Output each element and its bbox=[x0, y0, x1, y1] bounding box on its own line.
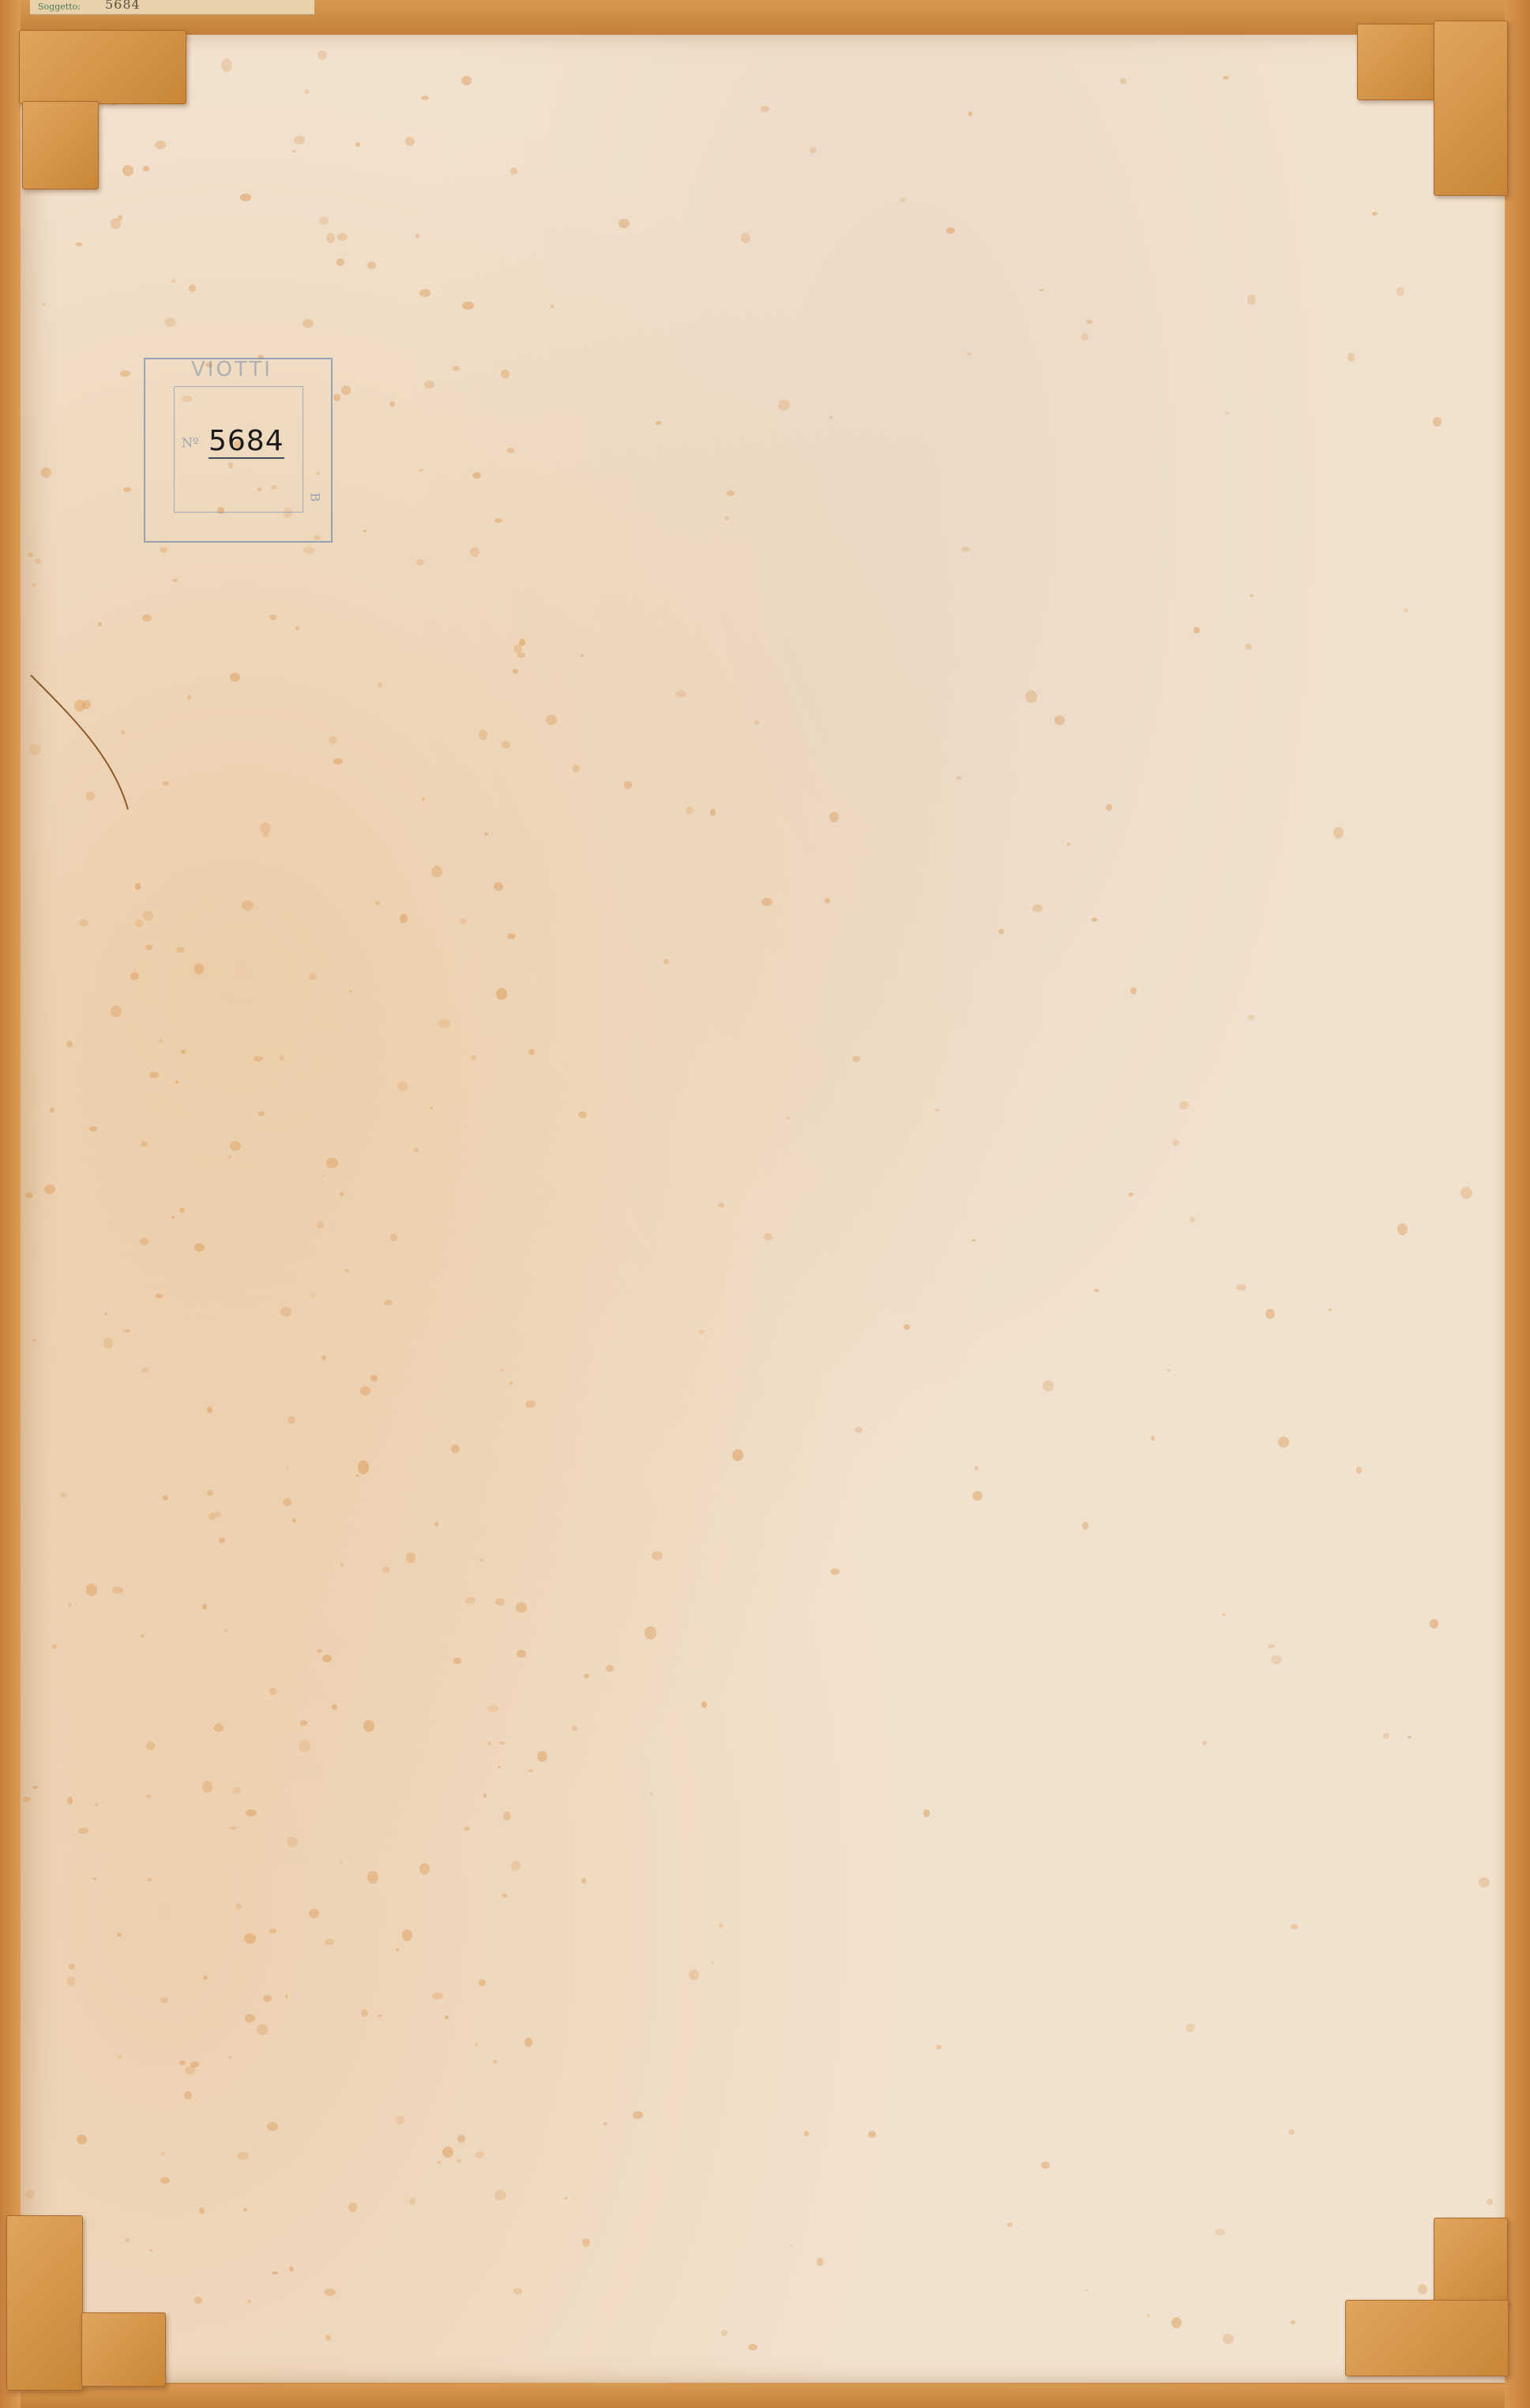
foxing-spot bbox=[149, 2249, 152, 2252]
foxing-spot bbox=[292, 150, 295, 152]
foxing-spot bbox=[652, 1551, 663, 1561]
corner-key-top-right-vertical bbox=[1434, 21, 1508, 196]
foxing-spot bbox=[214, 1723, 224, 1732]
foxing-spot bbox=[35, 558, 40, 564]
foxing-spot bbox=[272, 2271, 278, 2275]
foxing-spot bbox=[998, 929, 1004, 934]
foxing-spot bbox=[462, 302, 473, 310]
foxing-spot bbox=[1043, 1381, 1054, 1392]
foxing-spot bbox=[453, 1658, 461, 1663]
foxing-spot bbox=[254, 1056, 262, 1061]
stretcher-bar-right bbox=[1505, 0, 1530, 2408]
foxing-spot bbox=[325, 2289, 336, 2296]
foxing-spot bbox=[498, 1766, 500, 1768]
foxing-spot bbox=[1179, 1101, 1188, 1110]
foxing-spot bbox=[143, 166, 149, 171]
foxing-spot bbox=[581, 1878, 586, 1884]
foxing-spot bbox=[286, 1466, 288, 1468]
foxing-spot bbox=[479, 730, 487, 740]
stamp-number-prefix: Nº bbox=[182, 435, 199, 450]
foxing-spot bbox=[52, 1644, 57, 1648]
foxing-spot bbox=[140, 1238, 148, 1245]
foxing-spot bbox=[340, 1192, 344, 1196]
foxing-spot bbox=[502, 1894, 507, 1898]
foxing-spot bbox=[517, 652, 525, 657]
foxing-spot bbox=[181, 1050, 185, 1053]
foxing-spot bbox=[141, 1141, 147, 1147]
foxing-spot bbox=[1130, 987, 1137, 994]
foxing-spot bbox=[1383, 1733, 1389, 1739]
foxing-spot bbox=[1245, 644, 1252, 649]
foxing-spot bbox=[1408, 1736, 1412, 1738]
foxing-spot bbox=[246, 1809, 257, 1816]
foxing-spot bbox=[147, 1794, 150, 1798]
foxing-spot bbox=[525, 1400, 536, 1408]
foxing-spot bbox=[968, 111, 972, 116]
foxing-spot bbox=[86, 1583, 97, 1595]
foxing-spot bbox=[103, 1337, 114, 1348]
foxing-spot bbox=[221, 58, 233, 72]
foxing-spot bbox=[431, 866, 442, 877]
label-key: Soggetto: bbox=[38, 2, 81, 12]
foxing-spot bbox=[470, 547, 479, 557]
foxing-spot bbox=[146, 1741, 155, 1750]
foxing-spot bbox=[111, 1005, 122, 1018]
foxing-spot bbox=[830, 1568, 840, 1575]
stretcher-bar-left bbox=[0, 0, 21, 2408]
foxing-spot bbox=[236, 1903, 242, 1910]
foxing-spot bbox=[606, 1665, 614, 1672]
foxing-spot bbox=[581, 654, 584, 657]
foxing-spot bbox=[406, 1553, 415, 1563]
foxing-spot bbox=[120, 370, 130, 377]
foxing-spot bbox=[202, 1604, 208, 1610]
foxing-spot bbox=[1404, 608, 1408, 613]
foxing-spot bbox=[89, 1126, 97, 1132]
foxing-spot bbox=[160, 2177, 170, 2184]
foxing-spot bbox=[1086, 320, 1092, 325]
foxing-spot bbox=[156, 1294, 163, 1298]
foxing-spot bbox=[1236, 1284, 1246, 1290]
foxing-spot bbox=[280, 1055, 284, 1061]
foxing-spot bbox=[434, 1522, 438, 1527]
foxing-spot bbox=[650, 1793, 652, 1795]
foxing-spot bbox=[66, 1041, 72, 1047]
foxing-spot bbox=[1194, 627, 1200, 633]
foxing-spot bbox=[1247, 295, 1256, 304]
foxing-spot bbox=[496, 988, 507, 1000]
foxing-spot bbox=[445, 2015, 449, 2019]
foxing-spot bbox=[355, 142, 360, 147]
foxing-spot bbox=[1265, 1309, 1275, 1319]
foxing-spot bbox=[732, 1449, 743, 1461]
foxing-spot bbox=[537, 1751, 547, 1762]
foxing-spot bbox=[79, 919, 88, 927]
foxing-spot bbox=[1092, 918, 1097, 922]
foxing-spot bbox=[1186, 2023, 1195, 2032]
foxing-spot bbox=[299, 1740, 310, 1752]
foxing-spot bbox=[972, 1239, 976, 1242]
foxing-spot bbox=[1151, 1436, 1155, 1440]
foxing-spot bbox=[1288, 2129, 1295, 2136]
foxing-spot bbox=[317, 1649, 322, 1653]
foxing-spot bbox=[171, 279, 175, 282]
foxing-spot bbox=[32, 584, 36, 587]
foxing-spot bbox=[172, 579, 178, 582]
foxing-spot bbox=[69, 1603, 72, 1606]
foxing-spot bbox=[528, 1769, 532, 1772]
foxing-spot bbox=[1356, 1467, 1363, 1473]
foxing-spot bbox=[946, 227, 955, 234]
foxing-spot bbox=[321, 1175, 325, 1178]
foxing-spot bbox=[656, 421, 661, 425]
foxing-spot bbox=[402, 1929, 412, 1941]
foxing-spot bbox=[123, 487, 131, 492]
foxing-spot bbox=[326, 1158, 338, 1168]
foxing-spot bbox=[143, 911, 153, 921]
inventory-number: 5684 bbox=[209, 426, 284, 459]
corner-key-bottom-left-horizontal bbox=[81, 2312, 166, 2387]
foxing-spot bbox=[517, 1650, 526, 1658]
foxing-spot bbox=[244, 1933, 255, 1944]
foxing-spot bbox=[390, 1234, 397, 1242]
foxing-spot bbox=[25, 1193, 32, 1197]
foxing-spot bbox=[396, 2116, 404, 2124]
foxing-spot bbox=[104, 1313, 107, 1316]
stretcher-bar-bottom bbox=[0, 2384, 1530, 2408]
foxing-spot bbox=[69, 1963, 75, 1970]
foxing-spot bbox=[269, 1688, 276, 1696]
foxing-spot bbox=[457, 2135, 466, 2143]
foxing-spot bbox=[475, 2043, 477, 2046]
foxing-spot bbox=[283, 1498, 291, 1506]
foxing-spot bbox=[461, 76, 472, 85]
foxing-spot bbox=[719, 1923, 723, 1928]
foxing-spot bbox=[202, 1781, 212, 1793]
foxing-spot bbox=[1460, 1187, 1472, 1199]
foxing-spot bbox=[329, 736, 337, 744]
foxing-spot bbox=[479, 1558, 483, 1562]
foxing-spot bbox=[333, 758, 343, 764]
foxing-spot bbox=[1007, 2222, 1013, 2227]
corner-key-top-left-vertical bbox=[22, 101, 99, 190]
foxing-spot bbox=[507, 934, 516, 939]
foxing-spot bbox=[502, 741, 509, 749]
foxing-spot bbox=[519, 639, 525, 646]
foxing-spot bbox=[375, 901, 380, 905]
foxing-spot bbox=[499, 1741, 505, 1745]
foxing-spot bbox=[199, 2207, 205, 2214]
foxing-spot bbox=[1025, 690, 1037, 702]
foxing-spot bbox=[966, 352, 972, 355]
foxing-spot bbox=[422, 798, 426, 801]
foxing-spot bbox=[603, 2122, 607, 2125]
foxing-spot bbox=[319, 216, 329, 225]
foxing-spot bbox=[130, 972, 138, 980]
foxing-spot bbox=[817, 2258, 824, 2265]
foxing-spot bbox=[565, 2197, 567, 2200]
foxing-spot bbox=[303, 319, 314, 328]
foxing-spot bbox=[243, 2208, 247, 2212]
foxing-spot bbox=[176, 947, 185, 952]
foxing-spot bbox=[451, 1444, 461, 1453]
foxing-spot bbox=[1041, 2162, 1049, 2169]
foxing-spot bbox=[1167, 1369, 1171, 1372]
foxing-spot bbox=[1054, 716, 1065, 725]
foxing-spot bbox=[465, 1597, 476, 1604]
foxing-spot bbox=[868, 2131, 876, 2138]
foxing-spot bbox=[754, 720, 759, 725]
foxing-spot bbox=[317, 1221, 324, 1229]
foxing-spot bbox=[1329, 1309, 1332, 1311]
foxing-spot bbox=[340, 1563, 344, 1567]
foxing-spot bbox=[295, 626, 299, 630]
foxing-spot bbox=[304, 89, 310, 94]
foxing-spot bbox=[1278, 1437, 1289, 1448]
foxing-spot bbox=[133, 969, 136, 971]
foxing-spot bbox=[432, 1993, 443, 1999]
foxing-spot bbox=[500, 1369, 504, 1372]
foxing-spot bbox=[179, 2061, 186, 2065]
foxing-spot bbox=[494, 882, 503, 891]
foxing-spot bbox=[936, 2045, 942, 2049]
foxing-spot bbox=[285, 1995, 288, 1998]
foxing-spot bbox=[721, 2330, 727, 2335]
foxing-spot bbox=[269, 1929, 276, 1934]
foxing-spot bbox=[923, 1809, 930, 1817]
foxing-spot bbox=[263, 1995, 272, 2003]
foxing-spot bbox=[786, 1117, 790, 1119]
foxing-spot bbox=[1223, 76, 1229, 80]
foxing-spot bbox=[257, 2024, 268, 2035]
foxing-spot bbox=[184, 2091, 191, 2099]
foxing-spot bbox=[1397, 287, 1405, 296]
foxing-spot bbox=[701, 1701, 708, 1708]
foxing-spot bbox=[686, 806, 694, 814]
foxing-spot bbox=[675, 690, 686, 697]
foxing-spot bbox=[155, 141, 166, 149]
foxing-spot bbox=[528, 1049, 535, 1055]
foxing-spot bbox=[50, 1107, 55, 1113]
foxing-spot bbox=[117, 1933, 121, 1937]
foxing-spot bbox=[245, 2014, 255, 2023]
foxing-spot bbox=[160, 1997, 168, 2004]
foxing-spot bbox=[361, 2009, 368, 2017]
foxing-spot bbox=[494, 2190, 506, 2200]
foxing-spot bbox=[126, 2238, 130, 2242]
collection-stamp: VIOTTI Nº 5684 B bbox=[144, 358, 333, 543]
corner-key-bottom-left-vertical bbox=[6, 2215, 83, 2391]
foxing-spot bbox=[363, 530, 367, 532]
foxing-spot bbox=[487, 1705, 498, 1712]
foxing-spot bbox=[1372, 212, 1378, 216]
foxing-spot bbox=[1081, 333, 1089, 340]
foxing-spot bbox=[190, 2061, 199, 2068]
foxing-spot bbox=[288, 1416, 296, 1424]
foxing-spot bbox=[112, 1587, 123, 1595]
foxing-spot bbox=[269, 614, 276, 620]
foxing-spot bbox=[1215, 2229, 1225, 2236]
foxing-spot bbox=[363, 1720, 374, 1732]
foxing-spot bbox=[228, 2056, 231, 2059]
foxing-spot bbox=[483, 1794, 487, 1798]
foxing-spot bbox=[194, 1243, 205, 1252]
foxing-spot bbox=[280, 1307, 291, 1317]
foxing-spot bbox=[748, 2344, 757, 2350]
foxing-spot bbox=[311, 1294, 315, 1298]
foxing-spot bbox=[507, 448, 514, 454]
foxing-spot bbox=[1418, 2284, 1427, 2294]
foxing-spot bbox=[472, 472, 481, 479]
foxing-spot bbox=[804, 2131, 809, 2136]
foxing-spot bbox=[355, 1474, 359, 1477]
foxing-spot bbox=[957, 776, 961, 780]
foxing-spot bbox=[1128, 1193, 1133, 1196]
foxing-spot bbox=[724, 516, 729, 521]
foxing-spot bbox=[457, 2159, 462, 2162]
foxing-spot bbox=[829, 812, 839, 822]
foxing-spot bbox=[551, 305, 554, 309]
foxing-spot bbox=[1039, 289, 1043, 292]
foxing-spot bbox=[778, 400, 790, 411]
foxing-spot bbox=[1223, 2334, 1235, 2344]
foxing-spot bbox=[409, 2198, 415, 2205]
foxing-spot bbox=[333, 394, 341, 401]
foxing-spot bbox=[711, 1962, 713, 1964]
foxing-spot bbox=[158, 1039, 163, 1043]
foxing-spot bbox=[336, 258, 344, 266]
foxing-spot bbox=[41, 468, 51, 479]
foxing-spot bbox=[405, 137, 415, 146]
foxing-spot bbox=[513, 669, 518, 673]
loose-thread bbox=[27, 671, 130, 813]
foxing-spot bbox=[300, 1720, 307, 1726]
foxing-spot bbox=[397, 1081, 408, 1091]
foxing-spot bbox=[1082, 1522, 1088, 1530]
foxing-spot bbox=[22, 1797, 31, 1802]
foxing-spot bbox=[424, 381, 435, 389]
foxing-spot bbox=[475, 2151, 484, 2158]
foxing-spot bbox=[207, 1490, 213, 1496]
foxing-spot bbox=[1271, 1655, 1283, 1664]
foxing-spot bbox=[855, 1427, 863, 1433]
foxing-spot bbox=[511, 1861, 521, 1872]
foxing-spot bbox=[358, 1460, 369, 1474]
foxing-spot bbox=[230, 1826, 237, 1831]
foxing-spot bbox=[164, 317, 176, 326]
foxing-spot bbox=[67, 1797, 73, 1804]
foxing-spot bbox=[44, 1185, 55, 1194]
foxing-spot bbox=[348, 2203, 357, 2211]
foxing-spot bbox=[122, 165, 133, 176]
foxing-spot bbox=[349, 990, 352, 993]
foxing-spot bbox=[67, 1977, 75, 1985]
foxing-spot bbox=[1268, 1644, 1274, 1648]
corner-key-bottom-right-vertical bbox=[1434, 2218, 1508, 2306]
foxing-spot bbox=[1291, 2320, 1295, 2324]
foxing-spot bbox=[689, 1970, 699, 1980]
foxing-spot bbox=[741, 233, 750, 243]
foxing-spot bbox=[118, 215, 122, 220]
foxing-spot bbox=[60, 1493, 68, 1499]
foxing-spot bbox=[294, 136, 305, 144]
foxing-spot bbox=[258, 1111, 265, 1117]
foxing-spot bbox=[546, 715, 556, 725]
foxing-spot bbox=[203, 1975, 208, 1980]
foxing-spot bbox=[42, 303, 45, 306]
foxing-spot bbox=[187, 695, 191, 700]
foxing-spot bbox=[214, 1512, 220, 1516]
foxing-spot bbox=[829, 416, 833, 419]
foxing-spot bbox=[698, 1330, 705, 1334]
foxing-spot bbox=[572, 1726, 577, 1731]
foxing-spot bbox=[438, 2161, 441, 2164]
foxing-spot bbox=[1250, 594, 1253, 597]
foxing-spot bbox=[145, 945, 152, 950]
foxing-spot bbox=[664, 959, 669, 964]
foxing-spot bbox=[189, 284, 196, 292]
foxing-spot bbox=[230, 673, 240, 681]
foxing-spot bbox=[1202, 1741, 1207, 1745]
foxing-spot bbox=[761, 898, 773, 906]
foxing-spot bbox=[524, 2038, 532, 2047]
foxing-spot bbox=[367, 1871, 378, 1884]
foxing-spot bbox=[345, 1269, 348, 1272]
foxing-spot bbox=[149, 1072, 159, 1078]
foxing-spot bbox=[1067, 843, 1070, 845]
foxing-spot bbox=[438, 1019, 449, 1028]
foxing-spot bbox=[430, 1106, 434, 1110]
foxing-spot bbox=[384, 1300, 393, 1305]
foxing-spot bbox=[267, 2122, 278, 2130]
foxing-spot bbox=[163, 781, 169, 786]
foxing-spot bbox=[77, 2135, 87, 2144]
corner-key-top-right-horizontal bbox=[1357, 24, 1438, 100]
stamp-side-mark: B bbox=[308, 493, 323, 502]
foxing-spot bbox=[764, 1233, 773, 1240]
foxing-spot bbox=[325, 1939, 333, 1946]
foxing-spot bbox=[233, 1787, 242, 1794]
foxing-spot bbox=[179, 1208, 184, 1213]
foxing-spot bbox=[400, 914, 408, 923]
foxing-spot bbox=[582, 2238, 591, 2247]
foxing-spot bbox=[972, 1491, 983, 1501]
label-number: 5684 bbox=[105, 0, 141, 12]
foxing-spot bbox=[484, 832, 489, 836]
foxing-spot bbox=[1172, 1140, 1179, 1146]
foxing-spot bbox=[341, 385, 351, 394]
foxing-spot bbox=[1171, 2317, 1182, 2328]
foxing-spot bbox=[142, 614, 151, 622]
foxing-spot bbox=[460, 918, 466, 925]
foxing-spot bbox=[494, 518, 502, 523]
foxing-spot bbox=[501, 370, 509, 378]
foxing-spot bbox=[479, 1979, 486, 1986]
foxing-spot bbox=[224, 1628, 227, 1632]
foxing-spot bbox=[584, 1674, 589, 1679]
foxing-spot bbox=[419, 1863, 430, 1876]
foxing-spot bbox=[185, 2066, 195, 2074]
foxing-spot bbox=[487, 1741, 491, 1745]
foxing-spot bbox=[240, 193, 251, 201]
foxing-spot bbox=[935, 1109, 939, 1111]
foxing-spot bbox=[160, 547, 167, 553]
foxing-spot bbox=[292, 1519, 296, 1523]
foxing-spot bbox=[340, 1861, 342, 1864]
foxing-spot bbox=[419, 469, 423, 471]
foxing-spot bbox=[141, 1634, 145, 1637]
foxing-spot bbox=[1248, 1015, 1254, 1020]
